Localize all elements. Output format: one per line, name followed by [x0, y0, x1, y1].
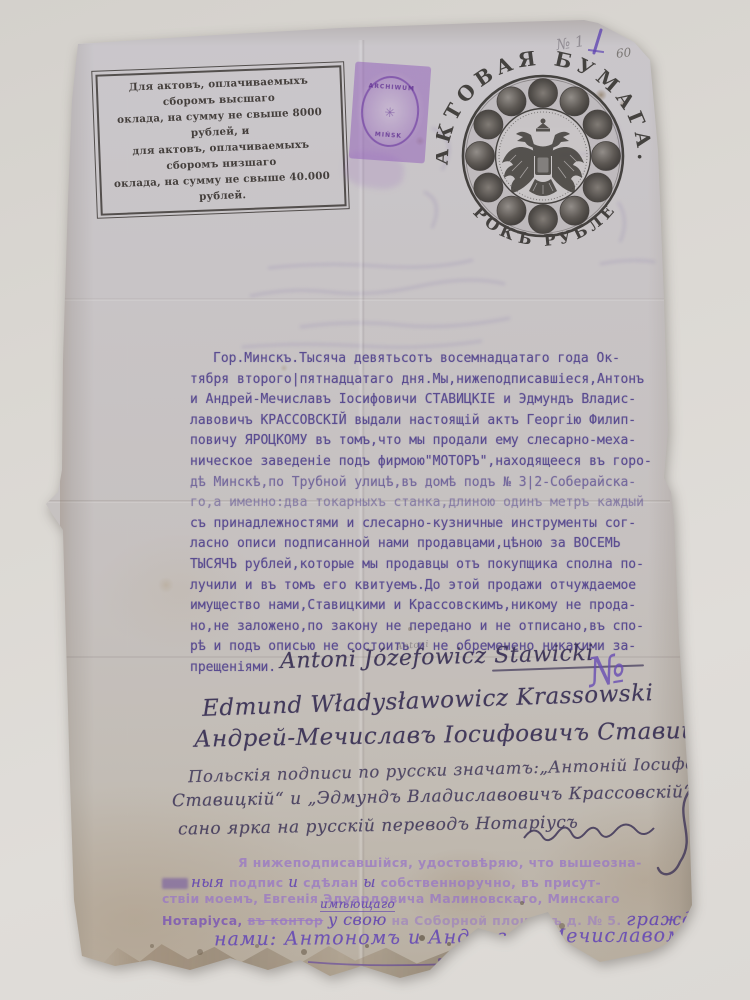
- typed-line: и Андрей-Мечиславъ Іосифовичи СТАВИЦКІЕ …: [190, 390, 658, 411]
- handwritten-insert: ы: [363, 873, 376, 891]
- typed-line: имущество нами,Ставицкими и Крассовскимъ…: [190, 596, 658, 617]
- typed-line: лучили и въ томъ его квитуемъ.До этой пр…: [190, 576, 658, 597]
- stamp-word: сдѣлан: [303, 875, 358, 890]
- fee-notice-box: Для актовъ, оплачиваемыхъ сборомъ высшаг…: [91, 61, 349, 219]
- typed-line: но,не заложено,по закону не передано и н…: [190, 617, 658, 638]
- archive-stamp-top-text: ARCHIWUM: [365, 82, 419, 93]
- typed-line: ТЫСЯЧЪ рублей,которые мы продавцы отъ по…: [190, 555, 658, 576]
- stamp-word-struck: въ контор: [247, 913, 323, 928]
- ink-smudge: [162, 878, 188, 889]
- archive-stamp-emblem: ✳: [362, 104, 417, 123]
- fee-notice-text: Для актовъ, оплачиваемыхъ сборомъ высшаг…: [95, 65, 346, 215]
- handwritten-insert: и: [288, 873, 298, 891]
- stamp-word: собственноручно, въ присут-: [381, 875, 601, 890]
- handwritten-insert: ныя: [191, 873, 224, 891]
- typed-line: тября второго|пятнадцатаго дня.Мы,нижепо…: [190, 370, 658, 391]
- typed-line: повичу ЯРОЦКОМУ въ томъ,что мы продали е…: [190, 431, 658, 452]
- stamp-word: подпис: [229, 875, 284, 890]
- paper-sheet-wrap: № 1 60 Для актовъ, оплачиваемыхъ сборомъ…: [0, 0, 750, 1000]
- marginal-flourish: [652, 786, 702, 886]
- notary-stamp-line2: ныя подпис и сдѣлан ы собственноручно, в…: [162, 873, 601, 891]
- typed-line: ническое заведеніе подъ фирмою"МОТОРЪ",н…: [190, 452, 658, 473]
- typed-line: го,а именно:два токарныхъ станка,длиною …: [190, 493, 658, 514]
- typed-line: лавовичъ КРАССОВСКІЙ выдали настоящій ак…: [190, 411, 658, 432]
- act-paper-sheet: № 1 60 Для актовъ, оплачиваемыхъ сборомъ…: [0, 0, 750, 1000]
- act-paper-seal: АКТОВАЯ БУМАГА. СОРОКЪ РУБЛЕЙ.: [436, 51, 651, 266]
- typed-deed-text: Гор.Минскъ.Тысяча девятьсотъ восемнадцат…: [190, 349, 658, 679]
- typed-line: Гор.Минскъ.Тысяча девятьсотъ восемнадцат…: [190, 349, 658, 370]
- typed-line: съ принадлежностями и слесарно-кузничные…: [190, 514, 658, 535]
- stamp-word: Нотаріуса,: [162, 913, 243, 928]
- debris-speckles: [0, 0, 4, 4]
- archive-stamp: ARCHIWUM ✳ MIŃSK: [349, 61, 432, 163]
- typed-line: ласно описи подписанной нами продавцами,…: [190, 534, 658, 555]
- handwritten-bottom-line: нами: Антономъ и Андреемъ-Мечиславомъ Іо…: [214, 924, 750, 951]
- photo-of-document: № 1 60 Для актовъ, оплачиваемыхъ сборомъ…: [0, 0, 750, 1000]
- archive-stamp-oval: ARCHIWUM ✳ MIŃSK: [359, 74, 422, 149]
- archive-stamp-bottom-text: MIŃSK: [361, 130, 415, 141]
- notary-stamp-line1: Я нижеподписавшійся, удостовѣряю, что вы…: [238, 855, 642, 870]
- typed-line: дѣ Минскѣ,по Трубной улицѣ,въ домѣ подъ …: [190, 473, 658, 494]
